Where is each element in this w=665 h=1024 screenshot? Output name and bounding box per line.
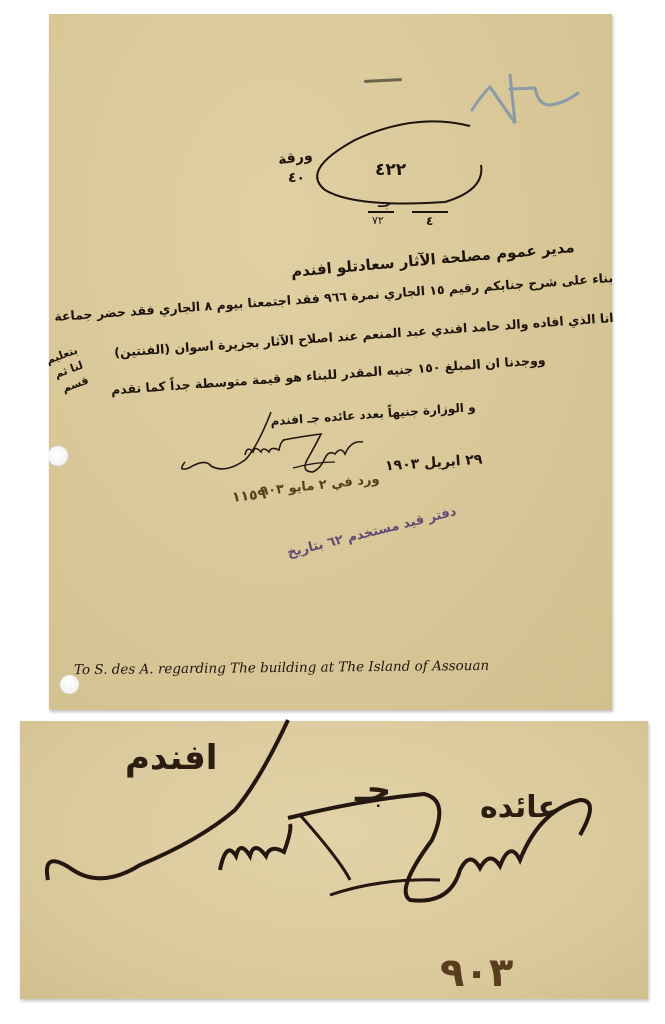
punch-hole-left-edge	[48, 446, 68, 466]
signature-howard-carter	[175, 410, 375, 485]
oval-number: ٤٢٢	[375, 160, 406, 180]
detail-signature-howard-carter	[40, 760, 640, 1000]
blue-pencil-mark	[470, 75, 580, 125]
sheet-number: ٤٠	[288, 170, 305, 186]
below-oval-left: جـ	[378, 196, 392, 211]
underline-left	[368, 211, 394, 213]
underline-right	[412, 211, 448, 213]
below-oval-right-number: ٤	[426, 214, 433, 228]
detail-brown-date: ٩٠٣	[440, 950, 513, 996]
below-oval-left-number: ٧٢	[372, 214, 384, 227]
